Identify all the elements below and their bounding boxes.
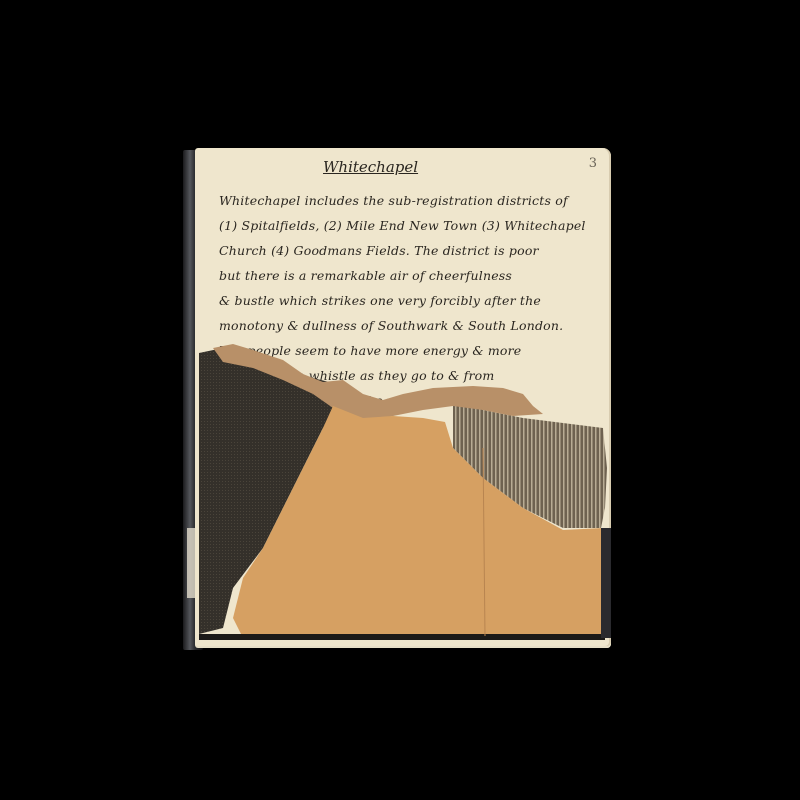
cover-right-edge	[601, 528, 611, 638]
torn-cover-overlay	[183, 148, 615, 654]
notebook: Whitechapel 3 Whitechapel includes the s…	[183, 148, 615, 654]
cover-bottom-edge	[199, 634, 605, 640]
